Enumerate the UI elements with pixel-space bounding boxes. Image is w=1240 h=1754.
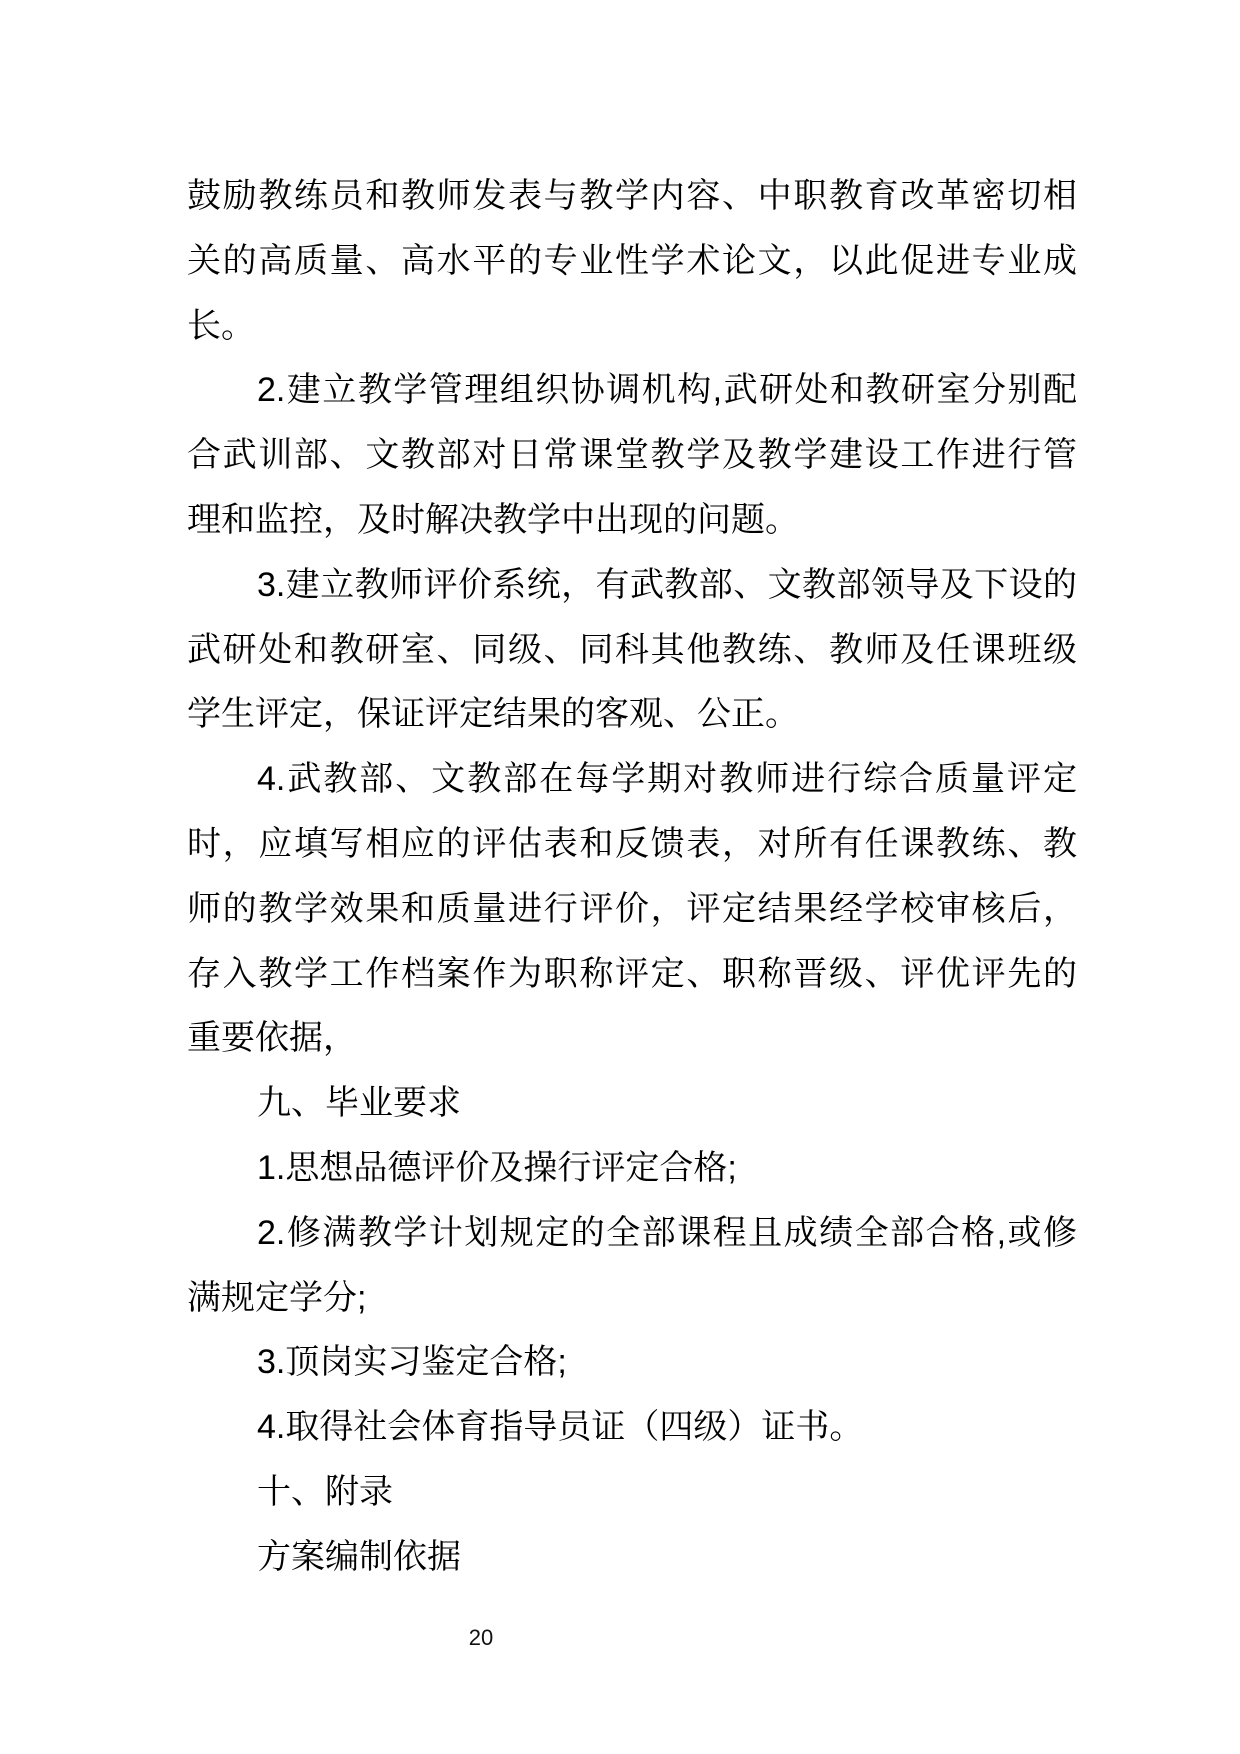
text-line-14: 重要依据， — [187, 1006, 1077, 1071]
text-line-9: 学生评定，保证评定结果的客观、公正。 — [187, 682, 1077, 747]
text-line-4: 2.建立教学管理组织协调机构,武研处和教研室分别配 — [187, 358, 1077, 423]
document-body: 鼓励教练员和教师发表与教学内容、中职教育改革密切相关的高质量、高水平的专业性学术… — [187, 164, 1077, 1590]
text-line-17: 2.修满教学计划规定的全部课程且成绩全部合格,或修 — [187, 1201, 1077, 1266]
text-line-3: 长。 — [187, 294, 1077, 359]
text-line-5: 合武训部、文教部对日常课堂教学及教学建设工作进行管 — [187, 423, 1077, 488]
text-line-6: 理和监控，及时解决教学中出现的问题。 — [187, 488, 1077, 553]
page-number: 20 — [456, 1624, 506, 1652]
text-line-18: 满规定学分; — [187, 1266, 1077, 1331]
text-line-12: 师的教学效果和质量进行评价，评定结果经学校审核后， — [187, 877, 1077, 942]
text-line-10: 4.武教部、文教部在每学期对教师进行综合质量评定 — [187, 747, 1077, 812]
text-line-20: 4.取得社会体育指导员证（四级）证书。 — [187, 1395, 1077, 1460]
text-line-22: 方案编制依据 — [187, 1525, 1077, 1590]
text-line-7: 3.建立教师评价系统，有武教部、文教部领导及下设的 — [187, 553, 1077, 618]
text-line-13: 存入教学工作档案作为职称评定、职称晋级、评优评先的 — [187, 942, 1077, 1007]
document-page: 鼓励教练员和教师发表与教学内容、中职教育改革密切相关的高质量、高水平的专业性学术… — [0, 0, 1240, 1754]
text-line-11: 时，应填写相应的评估表和反馈表，对所有任课教练、教 — [187, 812, 1077, 877]
text-line-16: 1.思想品德评价及操行评定合格; — [187, 1136, 1077, 1201]
text-line-1: 鼓励教练员和教师发表与教学内容、中职教育改革密切相 — [187, 164, 1077, 229]
text-line-21: 十、附录 — [187, 1460, 1077, 1525]
text-line-19: 3.顶岗实习鉴定合格; — [187, 1330, 1077, 1395]
text-line-8: 武研处和教研室、同级、同科其他教练、教师及任课班级 — [187, 618, 1077, 683]
text-line-15: 九、毕业要求 — [187, 1071, 1077, 1136]
text-line-2: 关的高质量、高水平的专业性学术论文，以此促进专业成 — [187, 229, 1077, 294]
